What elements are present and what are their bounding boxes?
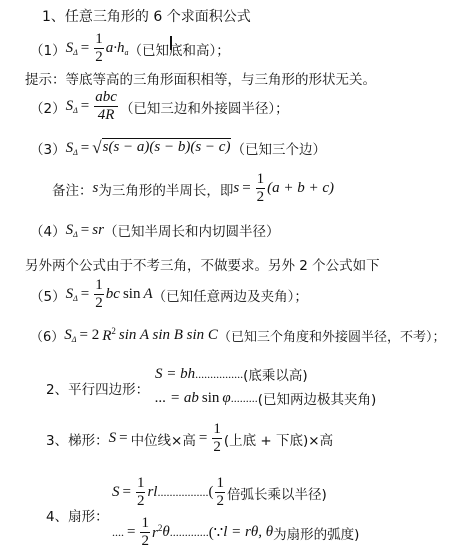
parallelogram-formula-2: ... = ab <box>155 390 199 407</box>
remark-prefix: 备注： <box>52 179 93 199</box>
equals: = <box>123 484 131 501</box>
formula-5-expr: bc <box>106 286 120 303</box>
dots: .... <box>112 525 124 540</box>
other-formulas-text: 另外两个公式由于不考三角，不做要求。另外 2 个公式如下 <box>25 254 380 274</box>
fraction-abc-4R: abc4R <box>94 90 118 123</box>
formula-6-expr: sin A sin B sin C <box>119 327 218 344</box>
formula-6-S: SΔ <box>64 327 76 344</box>
formula-3-S: SΔ <box>66 140 78 157</box>
r-squared: r2 <box>152 523 162 542</box>
formula-4: （4） SΔ = sr （已知半周长和内切圆半径） <box>30 220 279 240</box>
dots: ................ <box>195 367 243 382</box>
sector-note-1: 倍弧长乘以半径) <box>227 483 327 503</box>
parallelogram-label: 2、平行四边形： <box>46 378 149 398</box>
equals-2: = 2 <box>79 327 99 344</box>
fraction-half: 12 <box>94 32 104 65</box>
sector-label: 4、扇形： <box>46 505 109 525</box>
formula-3-label: （3） <box>30 138 66 158</box>
trapezoid-label: 3、梯形： <box>46 429 109 449</box>
formula-4-S: SΔ <box>66 222 78 239</box>
trapezoid-mid: 中位线×高 <box>131 429 196 449</box>
equals: = <box>242 180 250 197</box>
formula-5-label: （5） <box>30 285 66 305</box>
dots: ............. <box>170 525 209 540</box>
sector-S: S <box>112 484 120 501</box>
parallelogram-line-1: S = bh ................ (底乘以高) <box>155 364 308 384</box>
fraction-half: 12 <box>212 422 222 455</box>
formula-1: （1） SΔ = 12 a·ha （已知底和高）； <box>30 32 230 65</box>
sector-line-1: S = 12 rl ................. ( 12 倍弧长乘以半径… <box>112 476 327 509</box>
trapezoid-rest: (上底 + 下底)×高 <box>224 429 333 449</box>
equals: = <box>81 40 89 57</box>
phi: φ <box>222 390 230 407</box>
dots: ................. <box>157 485 208 500</box>
formula-6-note: （已知三个角度和外接圆半径，不考）； <box>218 326 446 345</box>
formula-6-label: （6） <box>30 326 64 345</box>
sector-note-2: 为扇形的弧度) <box>273 523 359 543</box>
formula-4-note: （已知半周长和内切圆半径） <box>104 220 280 240</box>
formula-5-note: （已知任意两边及夹角）； <box>153 285 308 305</box>
formula-6: （6） SΔ = 2 R2 sin A sin B sin C （已知三个角度和… <box>30 326 445 345</box>
fraction-half: 12 <box>215 476 225 509</box>
because: (∵ <box>209 523 224 542</box>
title-text: 1、任意三角形的 6 个求面积公式 <box>42 6 251 26</box>
sector-expr-1: rl <box>147 484 157 501</box>
text-cursor-icon <box>170 36 172 50</box>
sector-note-math: l = rθ, θ <box>223 524 273 541</box>
paren: ( <box>208 484 213 501</box>
formula-5: （5） SΔ = 12 bc sin A （已知任意两边及夹角）； <box>30 278 308 311</box>
R-squared: R2 <box>102 326 116 345</box>
parallelogram-line-2: ... = ab sin φ ......... (已知两边极其夹角) <box>155 388 376 408</box>
hint-text: 提示：等底等高的三角形面积相等，与三角形的形状无关。 <box>25 68 376 88</box>
equals: = <box>81 222 89 239</box>
formula-4-label: （4） <box>30 220 66 240</box>
remark-text: 为三角形的半周长，即 <box>98 179 233 199</box>
equals: = <box>81 286 89 303</box>
trapezoid: 3、梯形： S = 中位线×高 = 12 (上底 + 下底)×高 <box>46 422 333 455</box>
formula-4-expr: sr <box>92 222 104 239</box>
equals: = <box>81 98 89 115</box>
remark-expr: (a + b + c) <box>267 180 334 197</box>
equals: = <box>119 430 127 447</box>
remark: 备注： s 为三角形的半周长，即 s = 12 (a + b + c) <box>52 172 334 205</box>
formula-2-S: SΔ <box>66 98 78 115</box>
theta: θ <box>162 524 169 541</box>
formula-1-label: （1） <box>30 39 66 59</box>
fraction-half: 12 <box>256 172 266 205</box>
remark-s2: s <box>233 180 239 197</box>
equals: = <box>127 524 135 541</box>
square-root: √s(s − a)(s − b)(s − c) <box>92 138 231 158</box>
sin: sin <box>202 390 220 407</box>
trapezoid-S: S <box>109 430 117 447</box>
formula-3: （3） SΔ = √s(s − a)(s − b)(s − c) （已知三个边） <box>30 138 326 158</box>
formula-2-label: （2） <box>30 97 66 117</box>
parallelogram-formula-1: S = bh <box>155 366 195 383</box>
formula-1-S: SΔ <box>66 40 78 57</box>
section-title: 1、任意三角形的 6 个求面积公式 <box>42 6 251 26</box>
parallelogram-note-2: (已知两边极其夹角) <box>258 388 377 408</box>
formula-2: （2） SΔ = abc4R （已知三边和外接圆半径）； <box>30 90 289 123</box>
angle-A: A <box>143 286 152 303</box>
formula-1-note: （已知底和高）； <box>129 39 230 59</box>
fraction-half: 12 <box>94 278 104 311</box>
equals: = <box>81 140 89 157</box>
sin: sin <box>123 286 141 303</box>
dots: ......... <box>231 391 258 406</box>
formula-2-note: （已知三边和外接圆半径）； <box>120 97 289 117</box>
fraction-half: 12 <box>140 516 150 549</box>
formula-5-S: SΔ <box>66 286 78 303</box>
equals: = <box>199 430 207 447</box>
sector-line-2: .... = 12 r2 θ ............. (∵ l = rθ, … <box>112 516 359 549</box>
formula-1-expr: a·ha <box>106 40 129 57</box>
formula-3-note: （已知三个边） <box>231 138 326 158</box>
parallelogram-note-1: (底乘以高) <box>243 364 308 384</box>
fraction-half: 12 <box>136 476 146 509</box>
